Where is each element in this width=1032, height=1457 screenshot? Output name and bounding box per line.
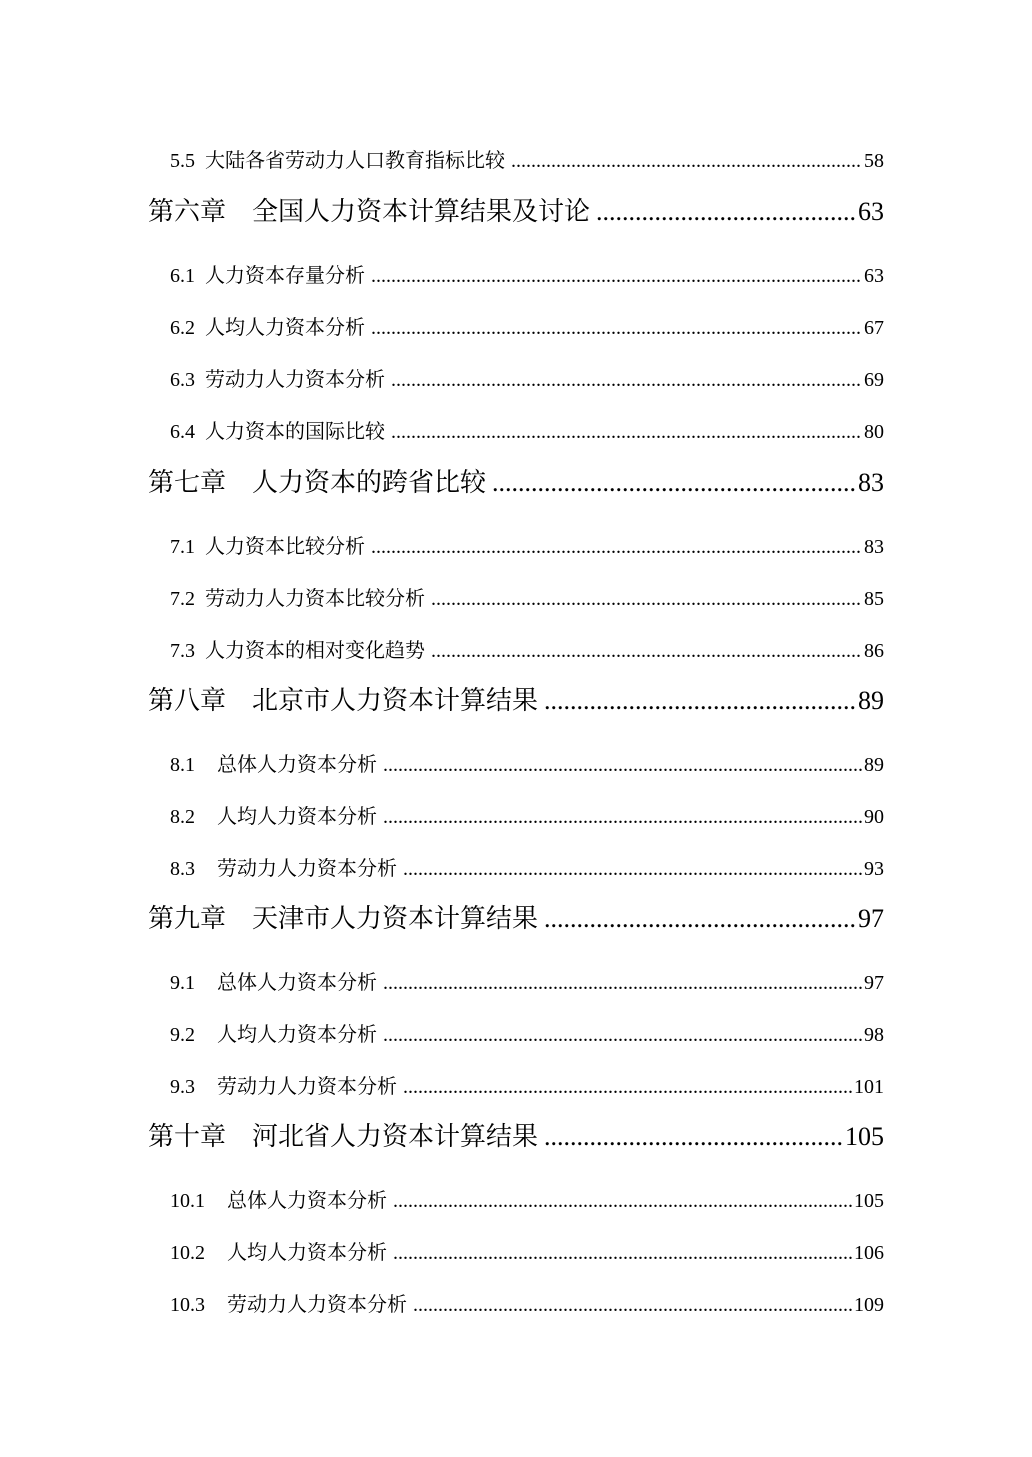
dot-leader xyxy=(383,806,862,829)
page-number: 97 xyxy=(858,904,884,934)
dot-leader xyxy=(393,1190,852,1213)
toc-entry-6-3[interactable]: 6.3 劳动力人力资本分析 69 xyxy=(170,363,884,391)
section-number: 9.2 xyxy=(170,1024,195,1047)
section-title: 人均人力资本分析 xyxy=(217,800,377,829)
section-number: 10.1 xyxy=(170,1190,205,1213)
dot-leader xyxy=(511,150,862,173)
dot-leader xyxy=(393,1242,852,1265)
chapter-number: 第九章 xyxy=(148,898,226,935)
page-number: 86 xyxy=(864,640,884,663)
page-number: 93 xyxy=(864,858,884,881)
dot-leader xyxy=(371,265,862,288)
dot-leader xyxy=(413,1294,852,1317)
dot-leader xyxy=(431,640,862,663)
section-number: 9.1 xyxy=(170,972,195,995)
chapter-number: 第八章 xyxy=(148,680,226,717)
section-title: 人均人力资本分析 xyxy=(217,1018,377,1047)
toc-entry-9-2[interactable]: 9.2 人均人力资本分析 98 xyxy=(170,1018,884,1046)
section-number: 9.3 xyxy=(170,1076,195,1099)
dot-leader xyxy=(371,317,862,340)
page-number: 69 xyxy=(864,369,884,392)
page-number: 58 xyxy=(864,150,884,173)
chapter-title: 天津市人力资本计算结果 xyxy=(252,898,538,935)
section-title: 大陆各省劳动力人口教育指标比较 xyxy=(205,144,505,173)
section-number: 6.3 xyxy=(170,369,195,392)
chapter-title: 人力资本的跨省比较 xyxy=(252,462,486,499)
section-number: 8.3 xyxy=(170,858,195,881)
toc-entry-6-2[interactable]: 6.2 人均人力资本分析 67 xyxy=(170,311,884,339)
section-title: 总体人力资本分析 xyxy=(227,1184,387,1213)
toc-chapter-9[interactable]: 第九章 天津市人力资本计算结果 97 xyxy=(148,898,884,932)
page-number: 67 xyxy=(864,317,884,340)
section-number: 6.4 xyxy=(170,421,195,444)
toc-chapter-6[interactable]: 第六章 全国人力资本计算结果及讨论 63 xyxy=(148,191,884,225)
page-number: 89 xyxy=(858,686,884,716)
chapter-number: 第七章 xyxy=(148,462,226,499)
toc-chapter-7[interactable]: 第七章 人力资本的跨省比较 83 xyxy=(148,462,884,496)
chapter-number: 第十章 xyxy=(148,1116,226,1153)
section-number: 8.2 xyxy=(170,806,195,829)
toc-entry-6-4[interactable]: 6.4 人力资本的国际比较 80 xyxy=(170,415,884,443)
toc-entry-10-3[interactable]: 10.3 劳动力人力资本分析 109 xyxy=(170,1288,884,1316)
dot-leader xyxy=(391,369,862,392)
page-number: 106 xyxy=(854,1242,884,1265)
toc-entry-7-1[interactable]: 7.1 人力资本比较分析 83 xyxy=(170,530,884,558)
page-number: 83 xyxy=(858,468,884,498)
section-title: 人力资本比较分析 xyxy=(205,530,365,559)
section-title: 人力资本的国际比较 xyxy=(205,415,385,444)
chapter-title: 全国人力资本计算结果及讨论 xyxy=(252,191,590,228)
section-number: 7.2 xyxy=(170,588,195,611)
section-title: 劳动力人力资本分析 xyxy=(217,852,397,881)
toc-entry-8-1[interactable]: 8.1 总体人力资本分析 89 xyxy=(170,748,884,776)
section-number: 10.2 xyxy=(170,1242,205,1265)
section-title: 人力资本的相对变化趋势 xyxy=(205,634,425,663)
dot-leader xyxy=(403,858,862,881)
dot-leader xyxy=(544,1122,843,1152)
section-title: 劳动力人力资本分析 xyxy=(205,363,385,392)
page-number: 89 xyxy=(864,754,884,777)
dot-leader xyxy=(596,197,856,227)
chapter-number: 第六章 xyxy=(148,191,226,228)
page-number: 80 xyxy=(864,421,884,444)
dot-leader xyxy=(431,588,862,611)
section-number: 7.1 xyxy=(170,536,195,559)
dot-leader xyxy=(391,421,862,444)
section-number: 6.2 xyxy=(170,317,195,340)
page-number: 63 xyxy=(858,197,884,227)
toc-entry-9-1[interactable]: 9.1 总体人力资本分析 97 xyxy=(170,966,884,994)
toc-entry-5-5[interactable]: 5.5 大陆各省劳动力人口教育指标比较 58 xyxy=(170,144,884,172)
dot-leader xyxy=(383,1024,862,1047)
toc-entry-8-2[interactable]: 8.2 人均人力资本分析 90 xyxy=(170,800,884,828)
section-title: 人均人力资本分析 xyxy=(227,1236,387,1265)
toc-entry-6-1[interactable]: 6.1 人力资本存量分析 63 xyxy=(170,259,884,287)
dot-leader xyxy=(544,904,856,934)
page-number: 83 xyxy=(864,536,884,559)
dot-leader xyxy=(383,754,862,777)
table-of-contents: 5.5 大陆各省劳动力人口教育指标比较 58 第六章 全国人力资本计算结果及讨论… xyxy=(0,0,1032,1457)
page-number: 90 xyxy=(864,806,884,829)
toc-entry-7-2[interactable]: 7.2 劳动力人力资本比较分析 85 xyxy=(170,582,884,610)
toc-chapter-8[interactable]: 第八章 北京市人力资本计算结果 89 xyxy=(148,680,884,714)
page-number: 109 xyxy=(854,1294,884,1317)
toc-entry-10-1[interactable]: 10.1 总体人力资本分析 105 xyxy=(170,1184,884,1212)
toc-entry-10-2[interactable]: 10.2 人均人力资本分析 106 xyxy=(170,1236,884,1264)
section-title: 人均人力资本分析 xyxy=(205,311,365,340)
page-number: 105 xyxy=(845,1122,884,1152)
section-title: 劳动力人力资本分析 xyxy=(227,1288,407,1317)
page-number: 101 xyxy=(854,1076,884,1099)
section-number: 6.1 xyxy=(170,265,195,288)
section-title: 人力资本存量分析 xyxy=(205,259,365,288)
section-title: 劳动力人力资本分析 xyxy=(217,1070,397,1099)
section-number: 5.5 xyxy=(170,150,195,173)
dot-leader xyxy=(371,536,862,559)
section-number: 7.3 xyxy=(170,640,195,663)
toc-entry-8-3[interactable]: 8.3 劳动力人力资本分析 93 xyxy=(170,852,884,880)
section-title: 总体人力资本分析 xyxy=(217,966,377,995)
dot-leader xyxy=(492,468,856,498)
page-number: 85 xyxy=(864,588,884,611)
section-number: 8.1 xyxy=(170,754,195,777)
dot-leader xyxy=(544,686,856,716)
page-number: 63 xyxy=(864,265,884,288)
chapter-title: 北京市人力资本计算结果 xyxy=(252,680,538,717)
toc-entry-9-3[interactable]: 9.3 劳动力人力资本分析 101 xyxy=(170,1070,884,1098)
toc-chapter-10[interactable]: 第十章 河北省人力资本计算结果 105 xyxy=(148,1116,884,1150)
page-number: 105 xyxy=(854,1190,884,1213)
chapter-title: 河北省人力资本计算结果 xyxy=(252,1116,538,1153)
section-title: 总体人力资本分析 xyxy=(217,748,377,777)
page-number: 97 xyxy=(864,972,884,995)
dot-leader xyxy=(403,1076,852,1099)
section-number: 10.3 xyxy=(170,1294,205,1317)
section-title: 劳动力人力资本比较分析 xyxy=(205,582,425,611)
toc-entry-7-3[interactable]: 7.3 人力资本的相对变化趋势 86 xyxy=(170,634,884,662)
page-number: 98 xyxy=(864,1024,884,1047)
dot-leader xyxy=(383,972,862,995)
